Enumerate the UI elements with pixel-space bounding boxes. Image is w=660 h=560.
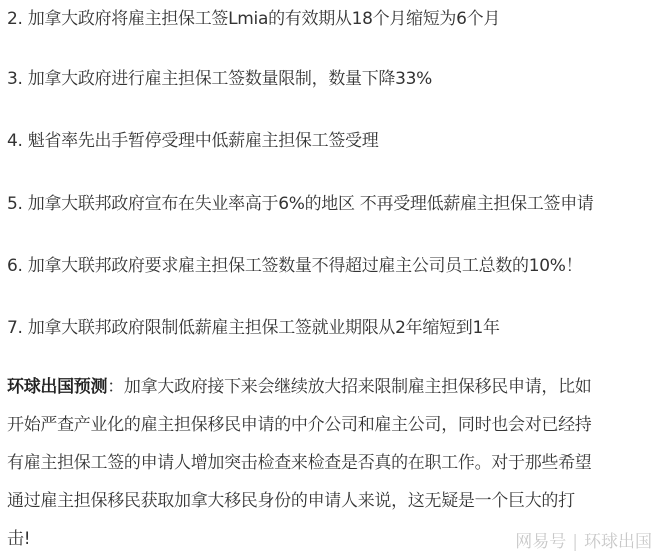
list-item: 4. 魁省率先出手暂停受理中低薪雇主担保工签受理 <box>7 129 378 153</box>
list-item: 5. 加拿大联邦政府宣布在失业率高于6%的地区 不再受理低薪雇主担保工签申请 <box>7 192 594 216</box>
summary-text: 加拿大政府接下来会继续放大招来限制雇主担保移民申请，比如 <box>124 377 592 397</box>
summary-line: 有雇主担保工签的申请人增加突击检查来检查是否真的在职工作。对于那些希望 <box>7 444 657 482</box>
summary-colon: ： <box>107 377 124 397</box>
summary-line: 环球出国预测：加拿大政府接下来会继续放大招来限制雇主担保移民申请，比如 <box>7 368 657 406</box>
list-item: 6. 加拿大联邦政府要求雇主担保工签数量不得超过雇主公司员工总数的10%！ <box>7 254 582 278</box>
watermark-separator: | <box>572 532 578 552</box>
summary-line: 通过雇主担保移民获取加拿大移民身份的申请人来说，这无疑是一个巨大的打 <box>7 482 657 520</box>
list-item: 2. 加拿大政府将雇主担保工签Lmia的有效期从18个月缩短为6个月 <box>7 7 500 31</box>
watermark-author: 环球出国 <box>584 532 652 552</box>
summary-title: 环球出国预测 <box>7 377 107 397</box>
summary-line: 开始严查产业化的雇主担保移民申请的中介公司和雇主公司，同时也会对已经持 <box>7 406 657 444</box>
watermark: 网易号|环球出国 <box>515 527 652 552</box>
list-item: 3. 加拿大政府进行雇主担保工签数量限制，数量下降33% <box>7 67 432 91</box>
watermark-platform: 网易号 <box>515 532 566 552</box>
list-item: 7. 加拿大联邦政府限制低薪雇主担保工签就业期限从2年缩短到1年 <box>7 316 500 340</box>
